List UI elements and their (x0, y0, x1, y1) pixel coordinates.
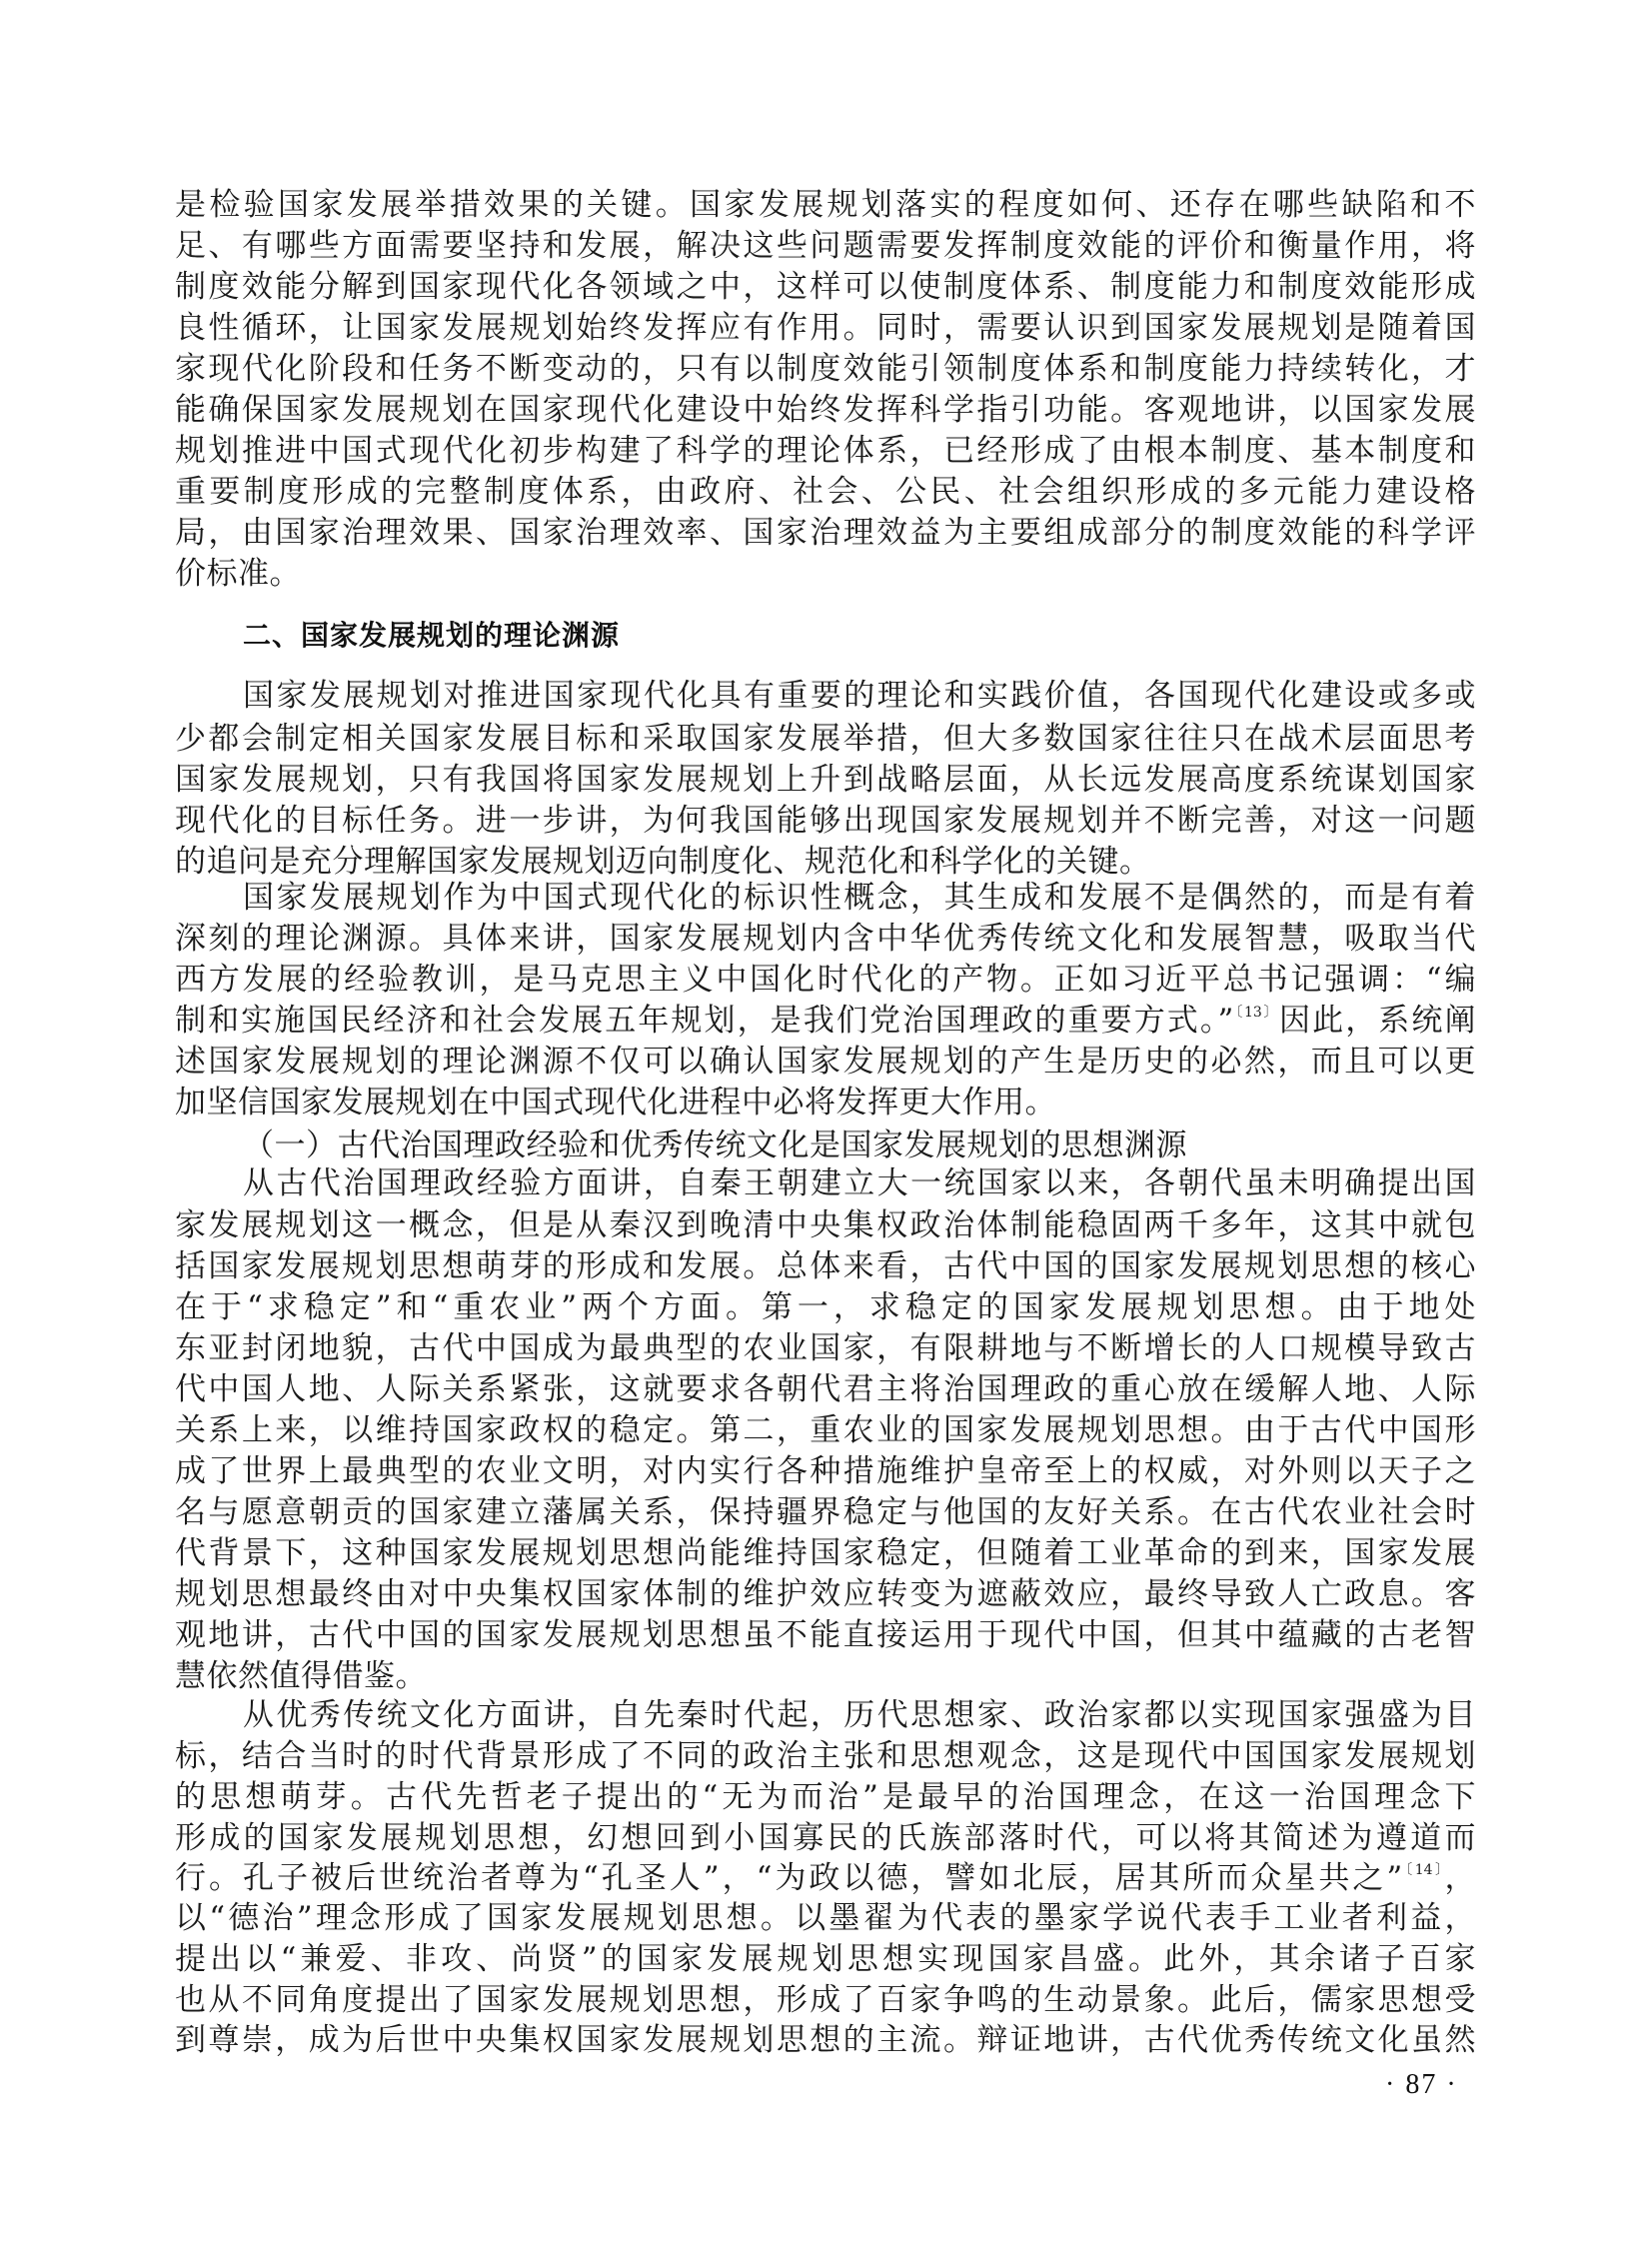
text-line: 代中国人地、人际关系紧张，这就要求各朝代君主将治国理政的重心放在缓解人地、人际 (175, 1371, 1476, 1407)
document-page: 是检验国家发展举措效果的关键。国家发展规划落实的程度如何、还存在哪些缺陷和不 足… (0, 0, 1652, 2243)
text-line: 国家发展规划作为中国式现代化的标识性概念，其生成和发展不是偶然的，而是有着 (243, 880, 1476, 916)
text-line: 的追问是充分理解国家发展规划迈向制度化、规范化和科学化的关键。 (175, 844, 1476, 880)
text-line: 成了世界上最典型的农业文明，对内实行各种措施维护皇帝至上的权威，对外则以天子之 (175, 1453, 1476, 1489)
text-line: 观地讲，古代中国的国家发展规划思想虽不能直接运用于现代中国，但其中蕴藏的古老智 (175, 1617, 1476, 1653)
text-line: 括国家发展规划思想萌芽的形成和发展。总体来看，古代中国的国家发展规划思想的核心 (175, 1248, 1476, 1284)
text-line: 国家发展规划，只有我国将国家发展规划上升到战略层面，从长远发展高度系统谋划国家 (175, 762, 1476, 798)
text-segment: 行。孔子被后世统治者尊为“孔圣人”，“为政以德，譬如北辰，居其所而众星共之” (175, 1860, 1403, 1896)
text-line: 价标准。 (175, 556, 1476, 592)
citation-ref: 〔13〕 (1234, 1005, 1279, 1021)
text-segment: ， (1445, 1860, 1477, 1896)
text-line: 名与愿意朝贡的国家建立藩属关系，保持疆界稳定与他国的友好关系。在古代农业社会时 (175, 1494, 1476, 1530)
text-line: 的思想萌芽。古代先哲老子提出的“无为而治”是最早的治国理念，在这一治国理念下 (175, 1779, 1476, 1815)
text-line: 代背景下，这种国家发展规划思想尚能维持国家稳定，但随着工业革命的到来，国家发展 (175, 1535, 1476, 1571)
text-line: 足、有哪些方面需要坚持和发展，解决这些问题需要发挥制度效能的评价和衡量作用，将 (175, 228, 1476, 264)
text-line: 提出以“兼爱、非攻、尚贤”的国家发展规划思想实现国家昌盛。此外，其余诸子百家 (175, 1941, 1476, 1977)
text-line: 规划推进中国式现代化初步构建了科学的理论体系，已经形成了由根本制度、基本制度和 (175, 433, 1476, 469)
subsection-heading: （一）古代治国理政经验和优秀传统文化是国家发展规划的思想渊源 (243, 1127, 1476, 1163)
text-line: 现代化的目标任务。进一步讲，为何我国能够出现国家发展规划并不断完善，对这一问题 (175, 803, 1476, 839)
text-line: 标，结合当时的时代背景形成了不同的政治主张和思想观念，这是现代中国国家发展规划 (175, 1738, 1476, 1774)
text-line: 从古代治国理政经验方面讲，自秦王朝建立大一统国家以来，各朝代虽未明确提出国 (243, 1165, 1476, 1201)
text-line: 也从不同角度提出了国家发展规划思想，形成了百家争鸣的生动景象。此后，儒家思想受 (175, 1982, 1476, 2018)
text-line: 以“德治”理念形成了国家发展规划思想。以墨翟为代表的墨家学说代表手工业者利益， (175, 1900, 1476, 1936)
text-line: 国家发展规划对推进国家现代化具有重要的理论和实践价值，各国现代化建设或多或 (243, 678, 1476, 714)
page-number: · 87 · (1385, 2069, 1458, 2101)
section-heading: 二、国家发展规划的理论渊源 (243, 619, 620, 653)
text-line: 在于“求稳定”和“重农业”两个方面。第一，求稳定的国家发展规划思想。由于地处 (175, 1289, 1476, 1325)
text-line: 家现代化阶段和任务不断变动的，只有以制度效能引领制度体系和制度能力持续转化，才 (175, 351, 1476, 387)
text-line: 深刻的理论渊源。具体来讲，国家发展规划内含中华优秀传统文化和发展智慧，吸取当代 (175, 921, 1476, 957)
text-line: 行。孔子被后世统治者尊为“孔圣人”，“为政以德，譬如北辰，居其所而众星共之”〔1… (175, 1860, 1476, 1896)
text-line: 局，由国家治理效果、国家治理效率、国家治理效益为主要组成部分的制度效能的科学评 (175, 515, 1476, 551)
text-line: 能确保国家发展规划在国家现代化建设中始终发挥科学指引功能。客观地讲，以国家发展 (175, 392, 1476, 428)
text-line: 是检验国家发展举措效果的关键。国家发展规划落实的程度如何、还存在哪些缺陷和不 (175, 187, 1476, 223)
text-segment: 因此，系统阐 (1279, 1003, 1476, 1039)
text-line: 述国家发展规划的理论渊源不仅可以确认国家发展规划的产生是历史的必然，而且可以更 (175, 1044, 1476, 1080)
text-line: 制度效能分解到国家现代化各领域之中，这样可以使制度体系、制度能力和制度效能形成 (175, 269, 1476, 305)
text-line: 慧依然值得借鉴。 (175, 1658, 1476, 1694)
text-line: 到尊崇，成为后世中央集权国家发展规划思想的主流。辩证地讲，古代优秀传统文化虽然 (175, 2022, 1476, 2058)
text-line: 形成的国家发展规划思想，幻想回到小国寡民的氏族部落时代，可以将其简述为遵道而 (175, 1820, 1476, 1856)
text-line: 关系上来，以维持国家政权的稳定。第二，重农业的国家发展规划思想。由于古代中国形 (175, 1412, 1476, 1448)
text-line: 制和实施国民经济和社会发展五年规划，是我们党治国理政的重要方式。”〔13〕因此，… (175, 1003, 1476, 1039)
text-line: 西方发展的经验教训，是马克思主义中国化时代化的产物。正如习近平总书记强调：“编 (175, 962, 1476, 998)
text-line: 东亚封闭地貌，古代中国成为最典型的农业国家，有限耕地与不断增长的人口规模导致古 (175, 1330, 1476, 1366)
text-line: 家发展规划这一概念，但是从秦汉到晚清中央集权政治体制能稳固两千多年，这其中就包 (175, 1207, 1476, 1243)
text-line: 重要制度形成的完整制度体系，由政府、社会、公民、社会组织形成的多元能力建设格 (175, 474, 1476, 510)
text-segment: 制和实施国民经济和社会发展五年规划，是我们党治国理政的重要方式。” (175, 1003, 1234, 1039)
text-line: 少都会制定相关国家发展目标和采取国家发展举措，但大多数国家往往只在战术层面思考 (175, 721, 1476, 757)
citation-ref: 〔14〕 (1403, 1862, 1445, 1878)
text-line: 良性循环，让国家发展规划始终发挥应有作用。同时，需要认识到国家发展规划是随着国 (175, 310, 1476, 346)
text-line: 规划思想最终由对中央集权国家体制的维护效应转变为遮蔽效应，最终导致人亡政息。客 (175, 1576, 1476, 1612)
text-line: 从优秀传统文化方面讲，自先秦时代起，历代思想家、政治家都以实现国家强盛为目 (243, 1697, 1476, 1733)
text-line: 加坚信国家发展规划在中国式现代化进程中必将发挥更大作用。 (175, 1085, 1476, 1121)
